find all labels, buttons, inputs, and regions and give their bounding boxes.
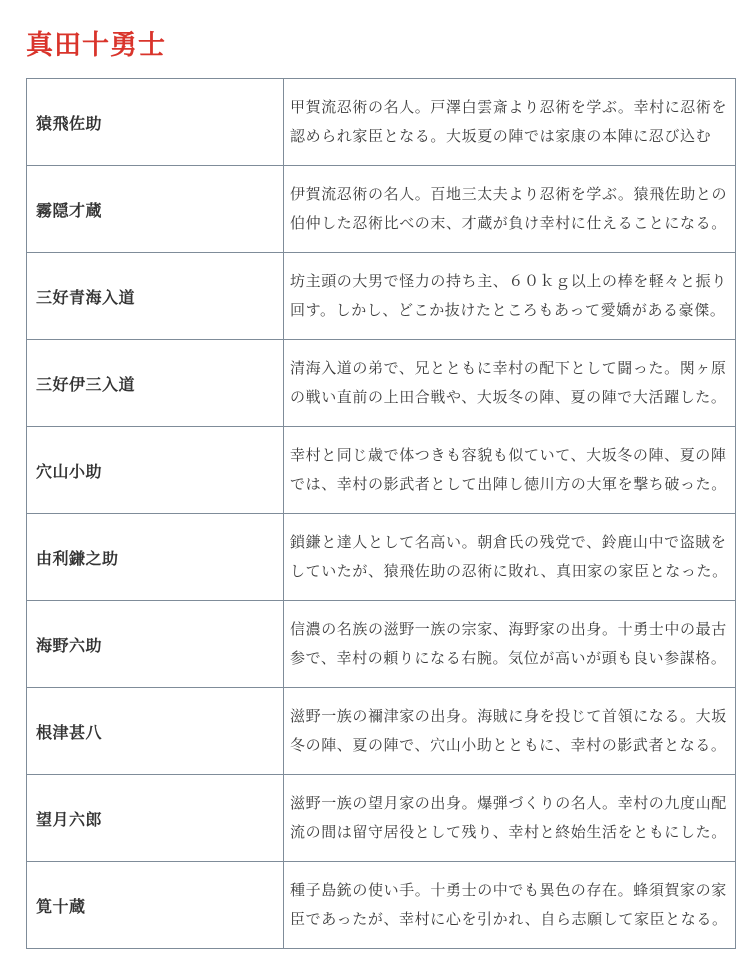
warrior-description: 伊賀流忍術の名人。百地三太夫より忍術を学ぶ。猿飛佐助との伯仲した忍術比べの末、才… — [284, 166, 736, 253]
warrior-name: 霧隠才蔵 — [27, 166, 284, 253]
warrior-name: 三好伊三入道 — [27, 340, 284, 427]
table-row: 根津甚八 滋野一族の禰津家の出身。海賊に身を投じて首領になる。大坂冬の陣、夏の陣… — [27, 688, 736, 775]
warrior-name: 穴山小助 — [27, 427, 284, 514]
warrior-name: 三好青海入道 — [27, 253, 284, 340]
table-row: 由利鎌之助 鎖鎌と達人として名高い。朝倉氏の残党で、鈴鹿山中で盗賊をしていたが、… — [27, 514, 736, 601]
warrior-description: 信濃の名族の滋野一族の宗家、海野家の出身。十勇士中の最古参で、幸村の頼りになる右… — [284, 601, 736, 688]
table-row: 三好伊三入道 清海入道の弟で、兄とともに幸村の配下として闘った。関ヶ原の戦い直前… — [27, 340, 736, 427]
warrior-description: 甲賀流忍術の名人。戸澤白雲斎より忍術を学ぶ。幸村に忍術を認められ家臣となる。大坂… — [284, 79, 736, 166]
warrior-description: 幸村と同じ歳で体つきも容貌も似ていて、大坂冬の陣、夏の陣では、幸村の影武者として… — [284, 427, 736, 514]
table-row: 望月六郎 滋野一族の望月家の出身。爆弾づくりの名人。幸村の九度山配流の間は留守居… — [27, 775, 736, 862]
table-row: 三好青海入道 坊主頭の大男で怪力の持ち主、６０ｋｇ以上の棒を軽々と振り回す。しか… — [27, 253, 736, 340]
table-row: 海野六助 信濃の名族の滋野一族の宗家、海野家の出身。十勇士中の最古参で、幸村の頼… — [27, 601, 736, 688]
warrior-description: 鎖鎌と達人として名高い。朝倉氏の残党で、鈴鹿山中で盗賊をしていたが、猿飛佐助の忍… — [284, 514, 736, 601]
warrior-description: 坊主頭の大男で怪力の持ち主、６０ｋｇ以上の棒を軽々と振り回す。しかし、どこか抜け… — [284, 253, 736, 340]
warrior-name: 由利鎌之助 — [27, 514, 284, 601]
table-row: 筧十蔵 種子島銃の使い手。十勇士の中でも異色の存在。蜂須賀家の家臣であったが、幸… — [27, 862, 736, 949]
table-row: 穴山小助 幸村と同じ歳で体つきも容貌も似ていて、大坂冬の陣、夏の陣では、幸村の影… — [27, 427, 736, 514]
warrior-name: 根津甚八 — [27, 688, 284, 775]
page-title: 真田十勇士 — [26, 28, 166, 64]
ten-braves-table: 猿飛佐助 甲賀流忍術の名人。戸澤白雲斎より忍術を学ぶ。幸村に忍術を認められ家臣と… — [26, 78, 736, 949]
warrior-description: 清海入道の弟で、兄とともに幸村の配下として闘った。関ヶ原の戦い直前の上田合戦や、… — [284, 340, 736, 427]
warrior-description: 種子島銃の使い手。十勇士の中でも異色の存在。蜂須賀家の家臣であったが、幸村に心を… — [284, 862, 736, 949]
warrior-name: 望月六郎 — [27, 775, 284, 862]
warrior-description: 滋野一族の望月家の出身。爆弾づくりの名人。幸村の九度山配流の間は留守居役として残… — [284, 775, 736, 862]
warrior-name: 海野六助 — [27, 601, 284, 688]
table-row: 猿飛佐助 甲賀流忍術の名人。戸澤白雲斎より忍術を学ぶ。幸村に忍術を認められ家臣と… — [27, 79, 736, 166]
table-row: 霧隠才蔵 伊賀流忍術の名人。百地三太夫より忍術を学ぶ。猿飛佐助との伯仲した忍術比… — [27, 166, 736, 253]
warrior-description: 滋野一族の禰津家の出身。海賊に身を投じて首領になる。大坂冬の陣、夏の陣で、穴山小… — [284, 688, 736, 775]
warrior-name: 筧十蔵 — [27, 862, 284, 949]
warrior-name: 猿飛佐助 — [27, 79, 284, 166]
